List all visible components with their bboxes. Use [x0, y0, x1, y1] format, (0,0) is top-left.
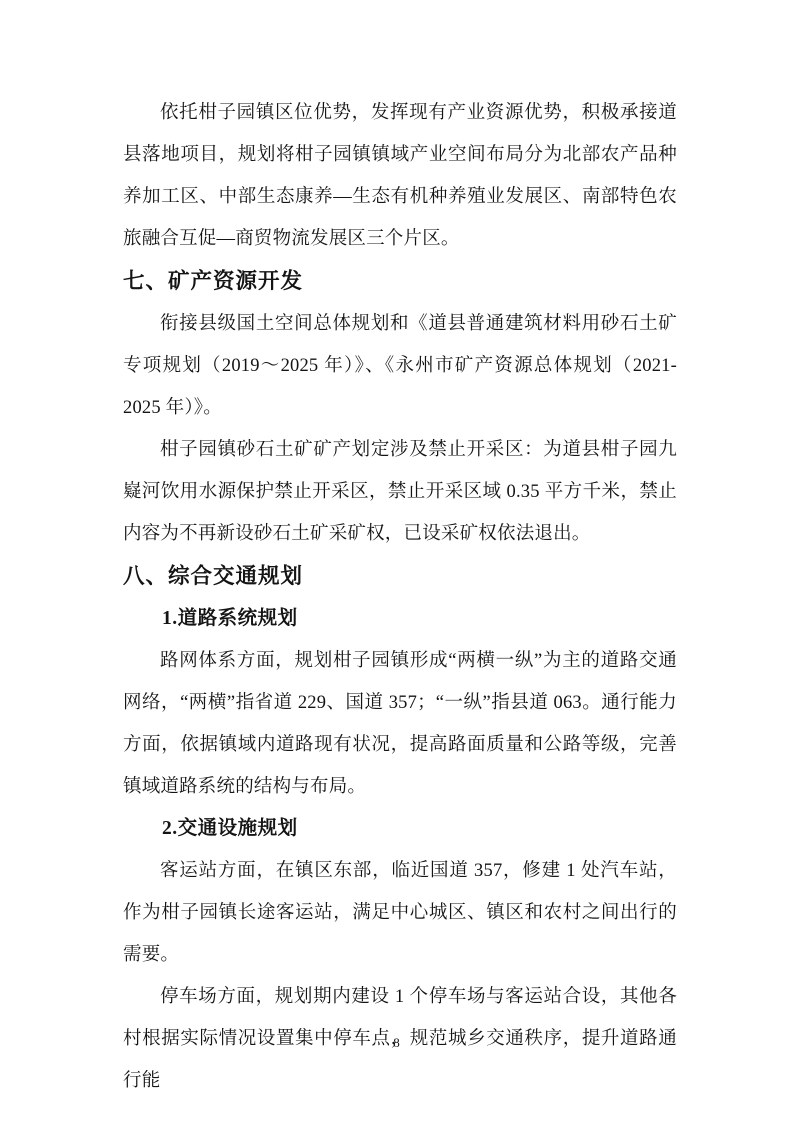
- document-page: 依托柑子园镇区位优势，发挥现有产业资源优势，积极承接道县落地项目，规划将柑子园镇…: [0, 0, 793, 1122]
- page-number: 8: [393, 1035, 400, 1050]
- subsection-heading-road-system: 1.道路系统规划: [123, 598, 677, 640]
- section-heading-mineral-resources: 七、矿产资源开发: [123, 260, 677, 303]
- document-body: 依托柑子园镇区位优势，发挥现有产业资源优势，积极承接道县落地项目，规划将柑子园镇…: [123, 92, 677, 1102]
- subsection-heading-transport-facilities: 2.交通设施规划: [123, 808, 677, 850]
- paragraph-mineral-plan-alignment: 衔接县级国土空间总体规划和《道县普通建筑材料用砂石土矿专项规划（2019～202…: [123, 303, 677, 429]
- page-footer: 8: [0, 1034, 793, 1052]
- section-heading-transport-planning: 八、综合交通规划: [123, 555, 677, 598]
- paragraph-passenger-station: 客运站方面，在镇区东部，临近国道 357，修建 1 处汽车站，作为柑子园镇长途客…: [123, 850, 677, 976]
- paragraph-road-network: 路网体系方面，规划柑子园镇形成“两横一纵”为主的道路交通网络，“两横”指省道 2…: [123, 640, 677, 808]
- paragraph-mining-prohibited-zone: 柑子园镇砂石土矿矿产划定涉及禁止开采区：为道县柑子园九嶷河饮用水源保护禁止开采区…: [123, 429, 677, 555]
- paragraph-industry-layout: 依托柑子园镇区位优势，发挥现有产业资源优势，积极承接道县落地项目，规划将柑子园镇…: [123, 92, 677, 260]
